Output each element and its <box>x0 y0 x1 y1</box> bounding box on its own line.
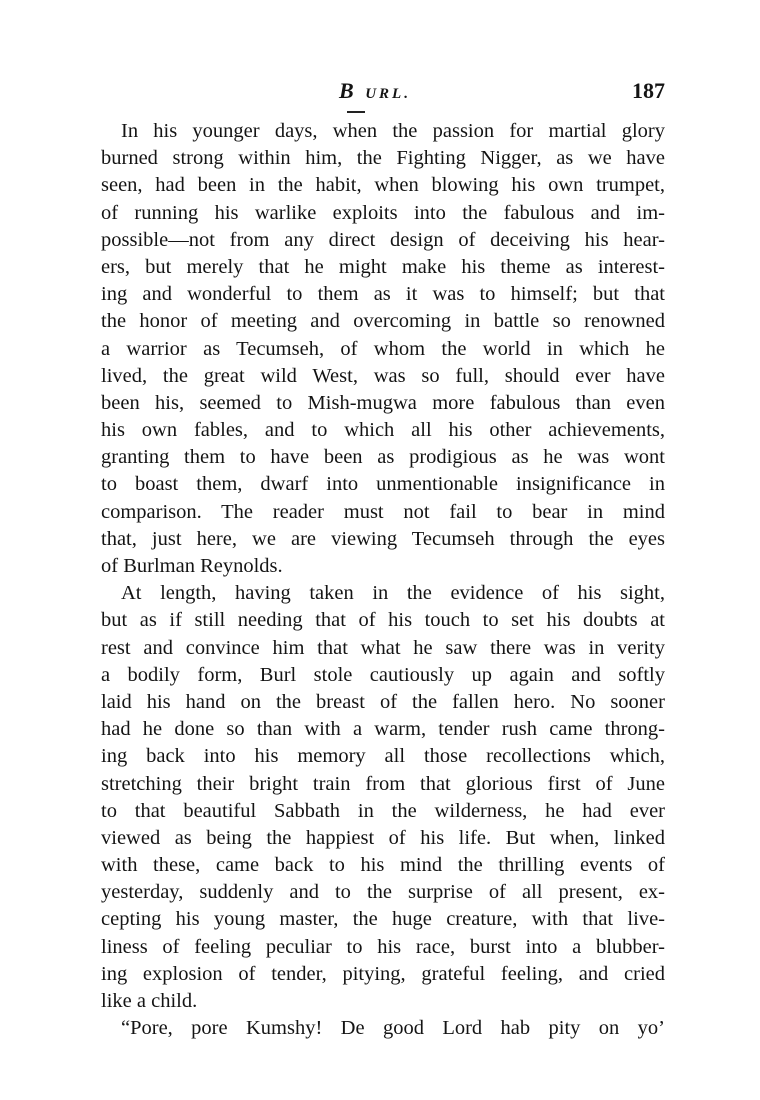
text-line: the honor of meeting and overcoming in b… <box>101 308 665 335</box>
text-line: ers, but merely that he might make his t… <box>101 254 665 281</box>
text-line: a warrior as Tecumseh, of whom the world… <box>101 336 665 363</box>
text-line: that, just here, we are viewing Tecumseh… <box>101 526 665 553</box>
text-line: cepting his young master, the huge creat… <box>101 906 665 933</box>
text-line: a bodily form, Burl stole cautiously up … <box>101 662 665 689</box>
text-line: viewed as being the happiest of his life… <box>101 825 665 852</box>
paragraph-1: In his younger days, when the passion fo… <box>101 118 665 580</box>
running-head: B URL. 187 <box>101 78 665 114</box>
text-line: ing and wonderful to them as it was to h… <box>101 281 665 308</box>
text-line: but as if still needing that of his touc… <box>101 607 665 634</box>
text-line: rest and convince him that what he saw t… <box>101 635 665 662</box>
text-line: of Burlman Reynolds. <box>101 553 665 580</box>
running-title-initial: B <box>339 78 357 103</box>
text-line: like a child. <box>101 988 665 1015</box>
text-line: ing explosion of tender, pitying, gratef… <box>101 961 665 988</box>
text-line: his own fables, and to which all his oth… <box>101 417 665 444</box>
text-line: been his, seemed to Mish-mugwa more fabu… <box>101 390 665 417</box>
text-line: with these, came back to his mind the th… <box>101 852 665 879</box>
text-line: “Pore, pore Kumshy! De good Lord hab pit… <box>101 1015 665 1042</box>
header-rule-divider <box>347 111 365 113</box>
running-title-rest: URL. <box>365 86 411 102</box>
text-line: possible—not from any direct design of d… <box>101 227 665 254</box>
text-line: yesterday, suddenly and to the surprise … <box>101 879 665 906</box>
book-page: B URL. 187 In his younger days, when the… <box>101 78 665 114</box>
text-line: lived, the great wild West, was so full,… <box>101 363 665 390</box>
text-line: burned strong within him, the Fighting N… <box>101 145 665 172</box>
text-line: ing back into his memory all those recol… <box>101 743 665 770</box>
text-line: At length, having taken in the evidence … <box>101 580 665 607</box>
text-line: granting them to have been as prodigious… <box>101 444 665 471</box>
text-line: laid his hand on the breast of the falle… <box>101 689 665 716</box>
text-line: of running his warlike exploits into the… <box>101 200 665 227</box>
body-text: In his younger days, when the passion fo… <box>101 118 665 1042</box>
text-line: had he done so than with a warm, tender … <box>101 716 665 743</box>
text-line: liness of feeling peculiar to his race, … <box>101 934 665 961</box>
text-line: seen, had been in the habit, when blowin… <box>101 172 665 199</box>
text-line: In his younger days, when the passion fo… <box>101 118 665 145</box>
running-title: B URL. <box>339 78 411 104</box>
text-line: comparison. The reader must not fail to … <box>101 499 665 526</box>
paragraph-2: At length, having taken in the evidence … <box>101 580 665 1015</box>
text-line: to boast them, dwarf into unmentionable … <box>101 471 665 498</box>
text-line: to that beautiful Sabbath in the wildern… <box>101 798 665 825</box>
text-line: stretching their bright train from that … <box>101 771 665 798</box>
page-number: 187 <box>632 78 665 104</box>
paragraph-3: “Pore, pore Kumshy! De good Lord hab pit… <box>101 1015 665 1042</box>
